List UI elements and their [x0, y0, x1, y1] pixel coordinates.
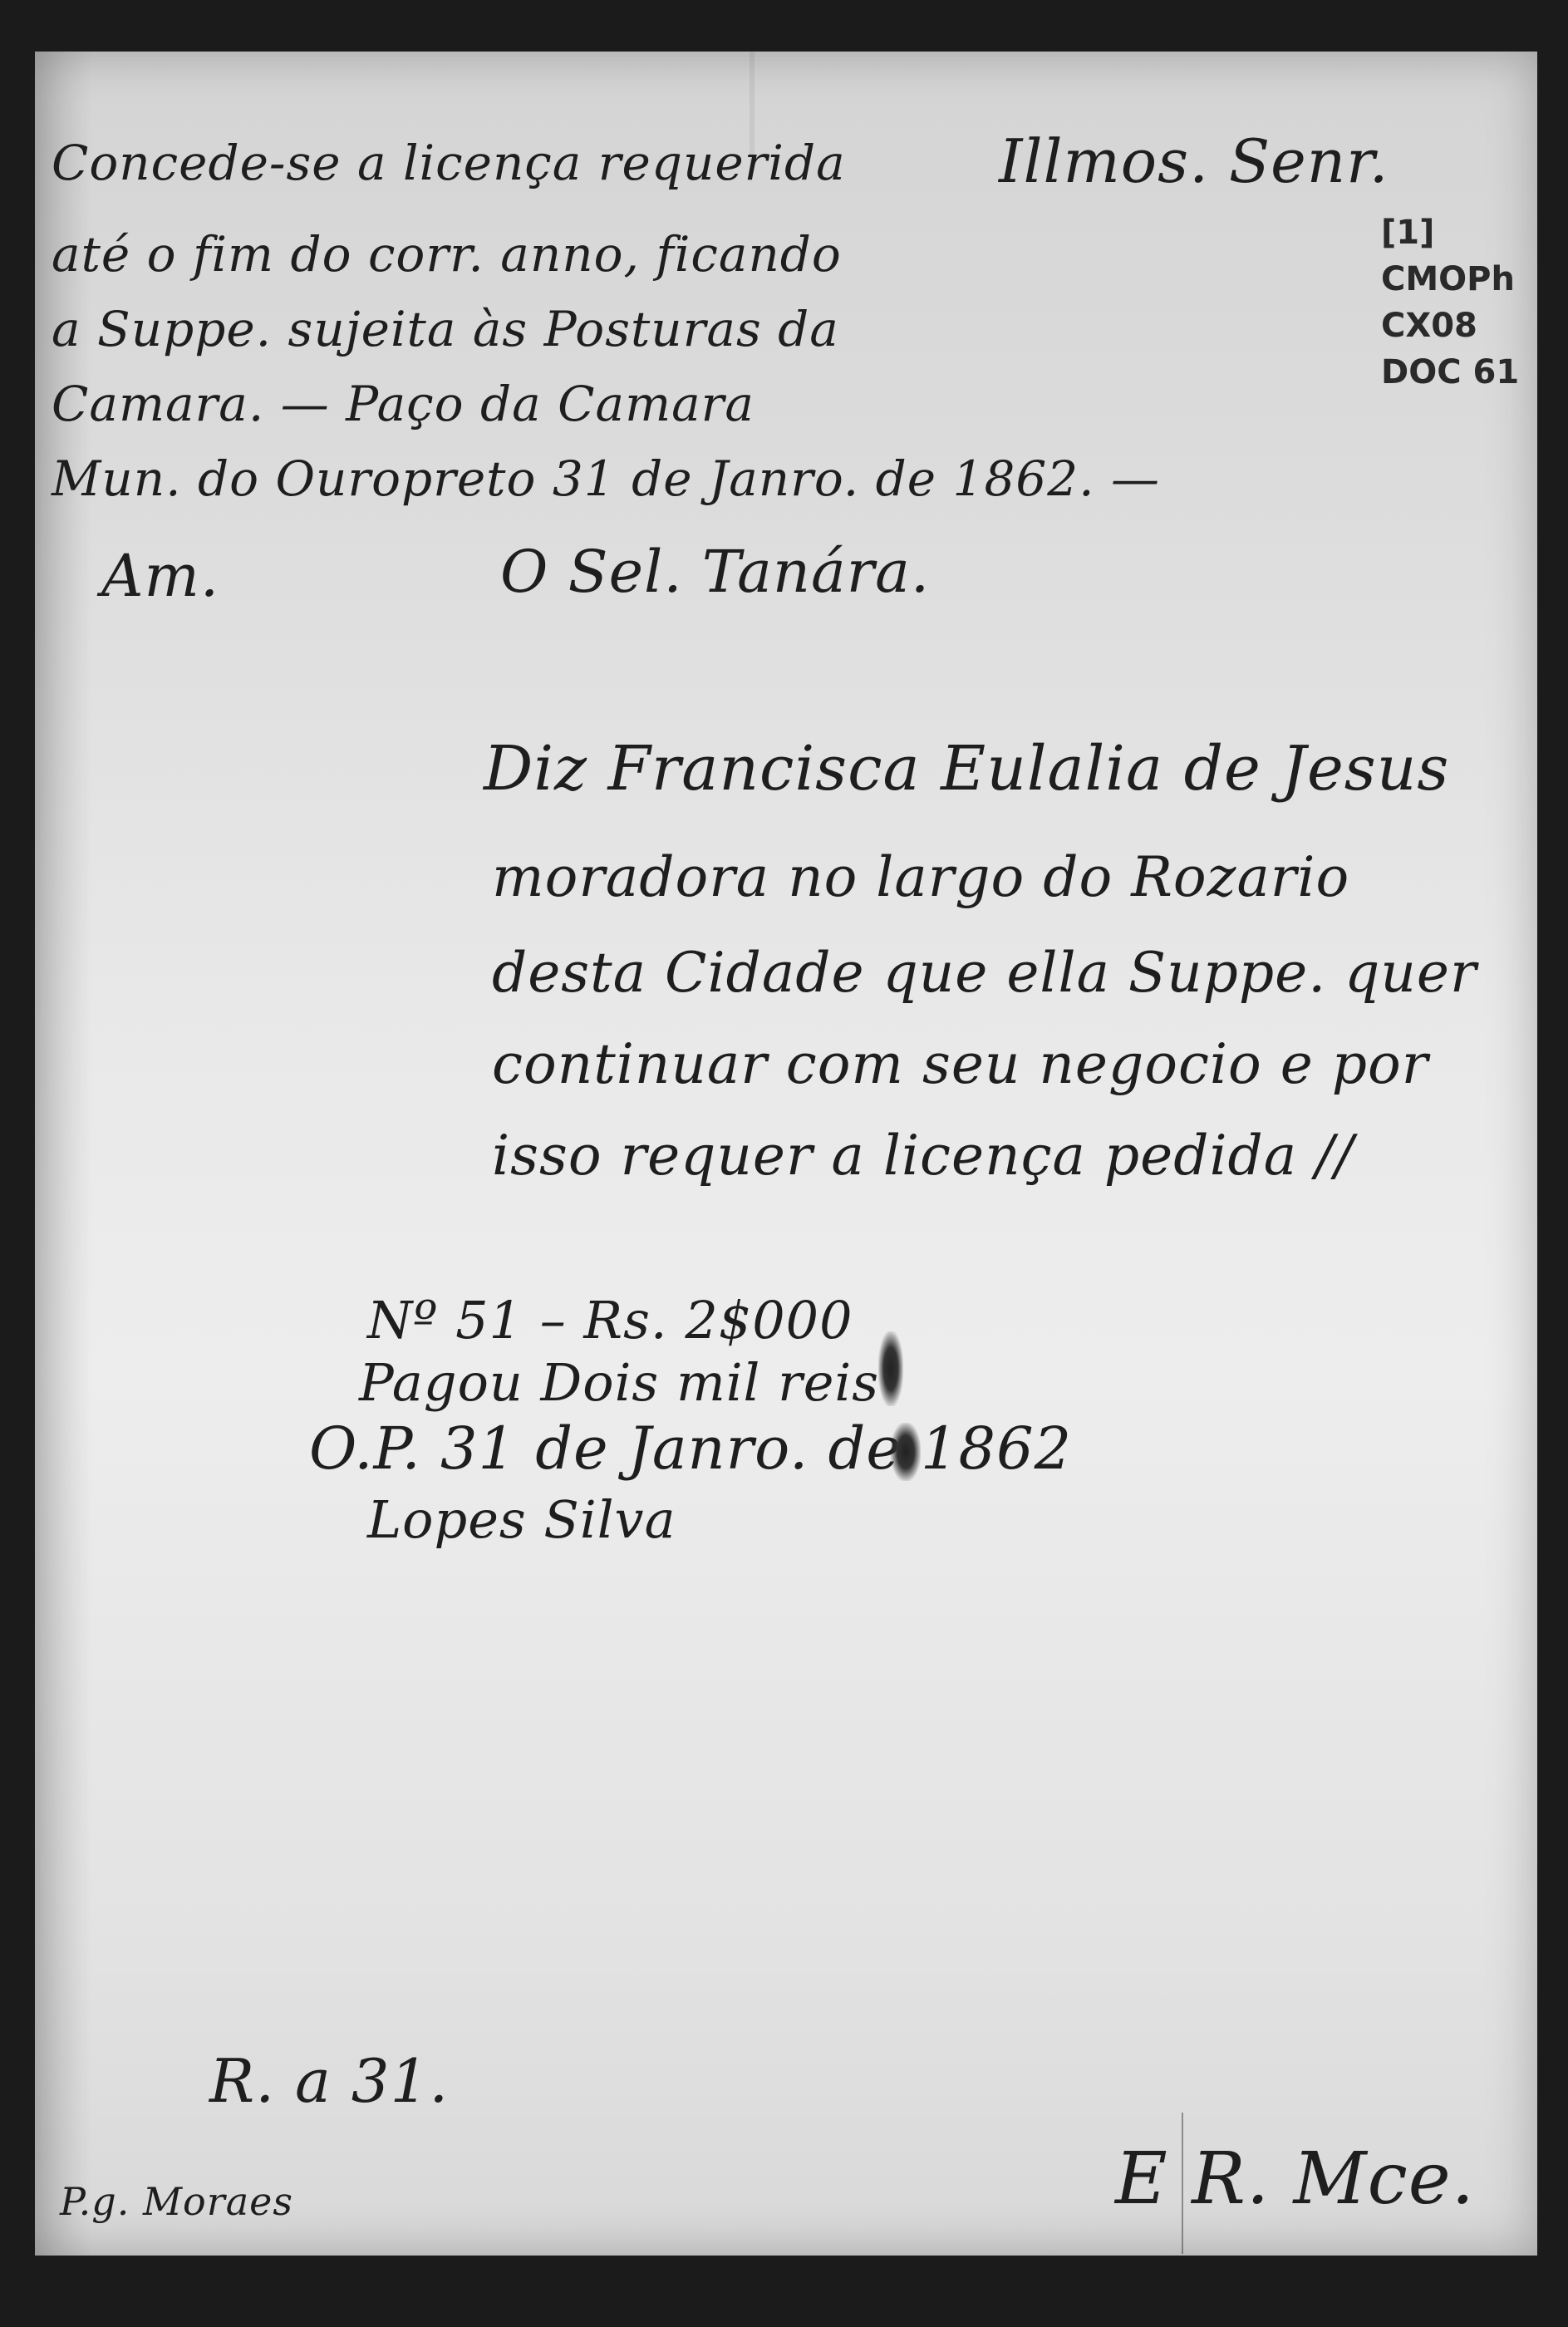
bottom-left-note: R. a 31.	[209, 2046, 449, 2116]
archive-reference: [1] CMOPh CX08 DOC 61	[1381, 209, 1519, 396]
petition-line-2: moradora no largo do Rozario	[492, 845, 1349, 909]
address-heading: Illmos. Senr.	[999, 126, 1389, 196]
dispatch-line-3: a Suppe. sujeita às Posturas da	[52, 301, 839, 357]
dispatch-line-1: Concede-se a licença requerida	[52, 135, 846, 191]
dispatch-line-2: até o fim do corr. anno, ficando	[52, 226, 842, 283]
dispatch-line-5: Mun. do Ouropreto 31 de Janro. de 1862. …	[52, 450, 1160, 507]
dispatch-signature-right: O Sel. Tanára.	[500, 538, 930, 606]
petition-line-5: isso requer a licença pedida //	[492, 1124, 1354, 1188]
document-page: [1] CMOPh CX08 DOC 61 Concede-se a licen…	[35, 52, 1537, 2256]
archive-ref-doc: DOC 61	[1381, 349, 1519, 396]
ink-blot	[878, 1331, 903, 1406]
petition-line-4: continuar com seu negocio e por	[492, 1032, 1428, 1096]
scan-frame: [1] CMOPh CX08 DOC 61 Concede-se a licen…	[0, 0, 1568, 2327]
ink-blot	[891, 1423, 921, 1481]
fee-number: Nº 51 – Rs. 2$000	[367, 1290, 853, 1350]
fee-date: O.P. 31 de Janro. de 1862	[309, 1414, 1072, 1483]
petition-line-1: Diz Francisca Eulalia de Jesus	[484, 733, 1449, 804]
archive-ref-collection: CMOPh	[1381, 256, 1519, 303]
closing-formula: E R. Mce.	[1115, 2138, 1475, 2221]
dispatch-line-4: Camara. — Paço da Camara	[52, 376, 755, 432]
dispatch-signature-left: Am.	[101, 542, 219, 610]
petition-line-3: desta Cidade que ella Suppe. quer	[492, 941, 1477, 1005]
fee-paid: Pagou Dois mil reis	[359, 1352, 879, 1413]
fee-signatures: Lopes Silva	[367, 1489, 676, 1550]
archive-ref-box: CX08	[1381, 303, 1519, 349]
archive-ref-item: [1]	[1381, 209, 1519, 256]
bottom-lower-left-note: P.g. Moraes	[60, 2179, 293, 2224]
